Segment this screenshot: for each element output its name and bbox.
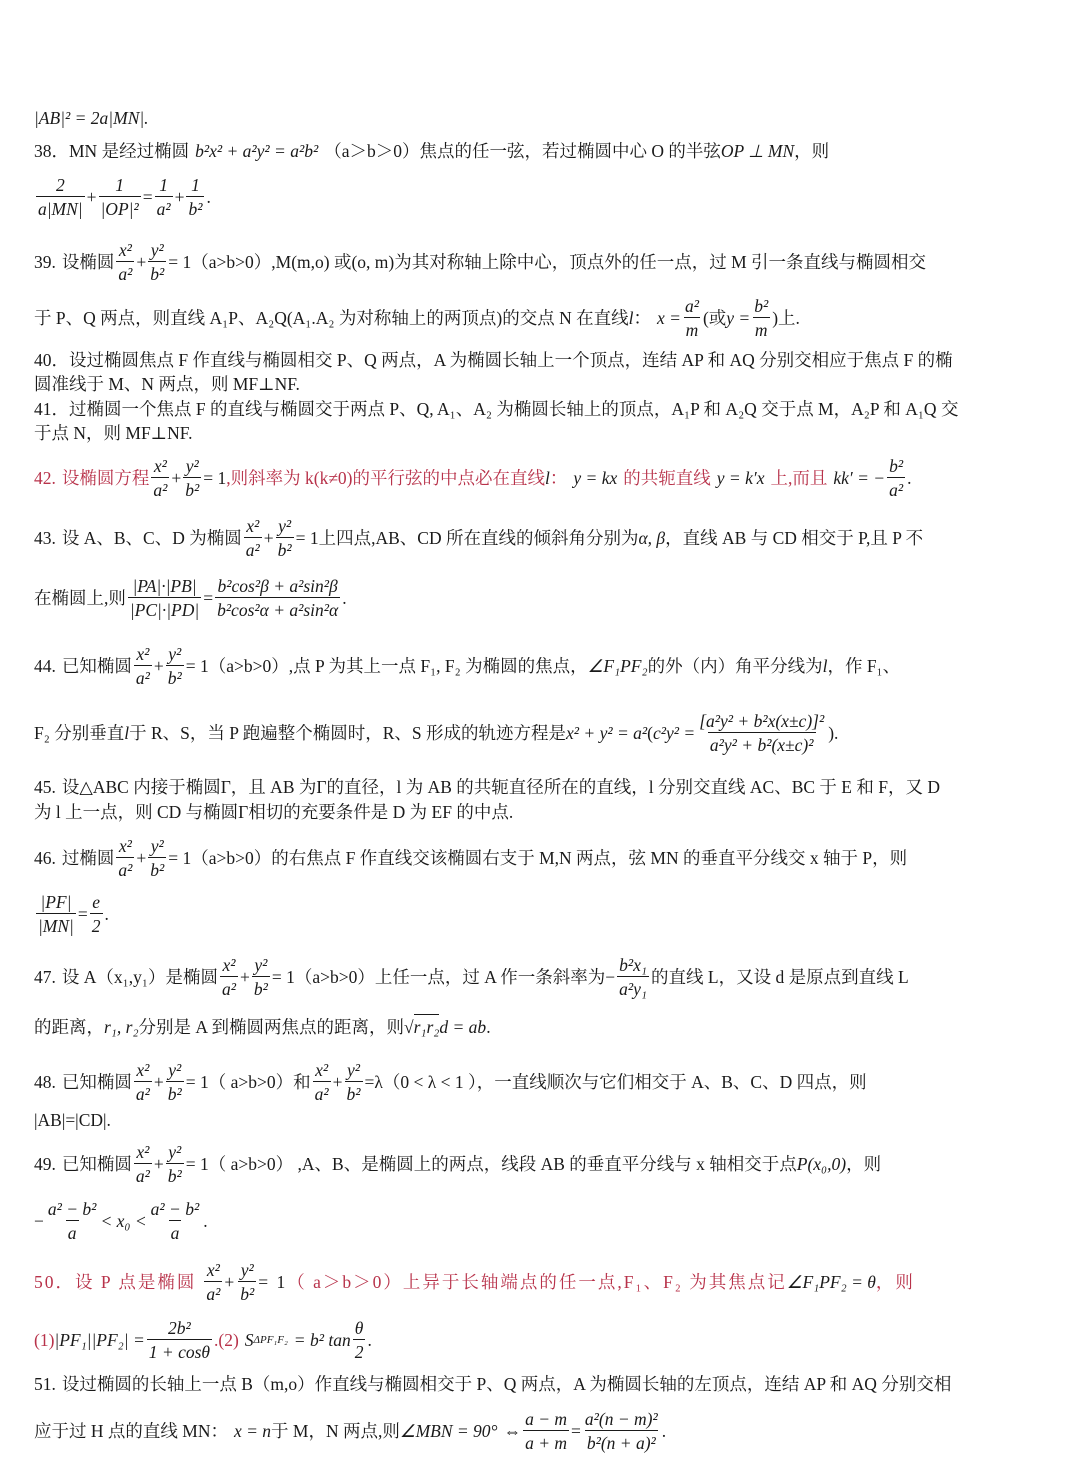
item-45-line-1: 45. 设△ABC 内接于椭圆Γ，且 AB 为Γ的直径，l 为 AB 的共轭直径… (34, 775, 1046, 799)
item-40-line-1: 40． 设过椭圆焦点 F 作直线与椭圆相交 P、Q 两点，A 为椭圆长轴上一个顶… (34, 348, 1046, 372)
fraction: a² − b²a (149, 1198, 202, 1245)
op: − (34, 1209, 44, 1233)
item-39-line-2: 于 P、Q 两点，则直线 A₁P、A₂Q(A₁.A₂ 为对称轴上的两顶点)的交点… (34, 292, 1046, 344)
item-number: 42. (34, 466, 56, 490)
op: = 1 (168, 846, 191, 870)
text: 的直线 L，又设 d 是原点到直线 L (651, 965, 909, 989)
text: 于 R、S，当 P 跑遍整个椭圆时，R、S 形成的轨迹方程是 (129, 721, 566, 745)
op: + (175, 185, 185, 209)
fraction: y²b² (148, 239, 166, 286)
op: . (907, 466, 911, 490)
formula: x² + y² = a² (566, 721, 647, 745)
fraction: y²b² (166, 643, 184, 690)
fraction: b²x₁a²y₁ (617, 954, 649, 1001)
fraction: a²(n − m)²b²(n + a)² (583, 1408, 660, 1455)
item-number: 47. (34, 965, 56, 989)
item-number: 51. (34, 1372, 56, 1396)
item-49-line-2: − a² − b²a < x₀ < a² − b²a . (34, 1194, 1046, 1248)
text: 已知椭圆 (62, 654, 132, 678)
text: 的共轭直线 (623, 466, 711, 490)
formula: ∠F₁PF₂ (588, 654, 648, 678)
text: 过椭圆一个焦点 F 的直线与椭圆交于两点 P、Q, A₁、A₂ 为椭圆长轴上的顶… (69, 397, 958, 421)
text: ，则 (794, 139, 829, 163)
text: .(2) (214, 1328, 239, 1352)
text: （ a>b>0） ,A、B、是椭圆上的两点，线段 AB 的垂直平分线与 x 轴相… (209, 1152, 797, 1176)
formula: b²x² + a²y² = a²b² (195, 139, 318, 163)
formula: = b² tan (294, 1328, 351, 1352)
text: λ（0 < λ < 1 ），一直线顺次与它们相交于 A、B、C、D 四点，则 (374, 1070, 866, 1094)
fraction: a² − b²a (46, 1198, 99, 1245)
item-38-line-1: 38． MN 是经过椭圆 b²x² + a²y² = a²b² （a＞b＞0）焦… (34, 139, 1046, 163)
op: + (87, 185, 97, 209)
item-number: 39. (34, 250, 56, 274)
text: 应于过 H 点的直线 MN： (34, 1419, 228, 1443)
op: = 1 (203, 466, 226, 490)
text: 设 A（x₁,y₁）是椭圆 (62, 965, 218, 989)
op: + (154, 1152, 164, 1176)
item-47-line-1: 47. 设 A（x₁,y₁）是椭圆 x²a² + y²b² = 1 （a>b>0… (34, 951, 1046, 1003)
fraction: x²a² (220, 954, 238, 1001)
item-number: 43. (34, 526, 56, 550)
formula: S (245, 1328, 254, 1352)
fraction: y²b² (183, 455, 201, 502)
text: 过椭圆 (62, 846, 115, 870)
op: . (105, 902, 109, 926)
op: = 1 (168, 250, 191, 274)
fraction: a²m (683, 295, 701, 342)
text: 为 l 上一点，则 CD 与椭圆Γ相切的充要条件是 D 为 EF 的中点. (34, 800, 513, 824)
item-number: 41． (34, 397, 69, 421)
text: （a>b>0）,M(m,o) 或(o, m)为其对称轴上除中心，顶点外的任一点，… (191, 250, 926, 274)
item-44-line-1: 44. 已知椭圆 x²a² + y²b² = 1 （a>b>0）,点 P 为其上… (34, 640, 1046, 692)
fraction: b²cos²β + a²sin²βb²cos²α + a²sin²α (215, 575, 340, 622)
text: 上四点,AB、CD 所在直线的倾斜角分别为 (319, 526, 639, 550)
text: 于 P、Q 两点，则直线 A₁P、A₂Q(A₁.A₂ 为对称轴上的两顶点)的交点… (34, 306, 629, 330)
text: ，作 F₁、 (827, 654, 900, 678)
item-number: 46. (34, 846, 56, 870)
fraction: y²b² (276, 515, 294, 562)
text: 上,而且 (770, 466, 827, 490)
formula: d = ab (439, 1015, 486, 1039)
formula: r₁, r₂ (104, 1015, 139, 1039)
formula: |PF₁||PF₂| = (54, 1328, 144, 1352)
text: （a>b>0）的右焦点 F 作直线交该椭圆右支于 M,N 两点，弦 MN 的垂直… (191, 846, 907, 870)
item-50-highlighted-line-1: 50． 设 P 点是椭圆 x²a² + y²b² = 1 （ a＞b＞0）上异于… (34, 1256, 1046, 1308)
fraction: 1|OP|² (99, 174, 141, 221)
fraction: y²b² (238, 1259, 256, 1306)
fraction: y²b² (148, 835, 166, 882)
op: . (486, 1015, 490, 1039)
text: 设△ABC 内接于椭圆Γ，且 AB 为Γ的直径，l 为 AB 的共轭直径所在的直… (62, 775, 940, 799)
fraction: x²a² (151, 455, 169, 502)
op: + (333, 1070, 343, 1094)
fraction: 2b²1 + cosθ (147, 1317, 212, 1364)
op: = 1 (258, 1270, 287, 1294)
text: (或 (703, 306, 726, 330)
text: 已知椭圆 (62, 1152, 132, 1176)
text: （ a＞b＞0）上异于长轴端点的任一点,F₁、F₂ 为其焦点记 (287, 1270, 787, 1294)
formula: ∠MBN = 90° (400, 1419, 498, 1443)
text: 设过椭圆焦点 F 作直线与椭圆相交 P、Q 两点，A 为椭圆长轴上一个顶点，连结… (69, 348, 953, 372)
text: ： (634, 306, 652, 330)
item-number: 38． (34, 139, 69, 163)
fraction: e2 (90, 891, 103, 938)
text: 于 M，N 两点,则 (271, 1419, 400, 1443)
formula: y = kx (573, 466, 617, 490)
op: = 1 (296, 526, 319, 550)
item-41-line-1: 41． 过椭圆一个焦点 F 的直线与椭圆交于两点 P、Q, A₁、A₂ 为椭圆长… (34, 397, 1046, 421)
op: = 1 (186, 654, 209, 678)
op: = 1 (272, 965, 295, 989)
item-44-line-2: F₂ 分别垂直 l 于 R、S，当 P 跑遍整个椭圆时，R、S 形成的轨迹方程是… (34, 700, 1046, 766)
fraction: 1a² (155, 174, 173, 221)
text: ，则 (846, 1152, 881, 1176)
item-48-line-2: |AB|=|CD|. (34, 1108, 1046, 1132)
item-39-line-1: 39. 设椭圆 x²a² + y²b² = 1 （a>b>0）,M(m,o) 或… (34, 236, 1046, 288)
text: 设椭圆 (62, 250, 115, 274)
fraction: y²b² (345, 1059, 363, 1106)
item-45-line-2: 为 l 上一点，则 CD 与椭圆Γ相切的充要条件是 D 为 EF 的中点. (34, 800, 1046, 824)
op: . (662, 1419, 666, 1443)
formula: r₁r₂ (414, 1014, 440, 1039)
text: （ a>b>0）和 (209, 1070, 311, 1094)
op: + (136, 846, 146, 870)
document-page: |AB|² = 2a|MN|. 38． MN 是经过椭圆 b²x² + a²y²… (0, 0, 1080, 1470)
formula: y = k′x (717, 466, 765, 490)
item-51-line-1: 51. 设过椭圆的长轴上一点 B（m,o）作直线与椭圆相交于 P、Q 两点，A … (34, 1372, 1046, 1396)
op: = (571, 1419, 581, 1443)
text: )上. (772, 306, 800, 330)
op: − (605, 965, 615, 989)
item-48-line-1: 48. 已知椭圆 x²a² + y²b² = 1 （ a>b>0）和 x²a² … (34, 1056, 1046, 1108)
fraction: θ2 (353, 1317, 366, 1364)
text: MN 是经过椭圆 (69, 139, 189, 163)
item-47-line-2: 的距离， r₁, r₂ 分别是 A 到椭圆两焦点的距离，则 √r₁r₂ d = … (34, 1014, 1046, 1039)
fraction: y²b² (252, 954, 270, 1001)
fraction: x²a² (116, 835, 134, 882)
item-43-line-2: 在椭圆上,则 |PA|·|PB||PC|·|PD| = b²cos²β + a²… (34, 570, 1046, 626)
op: = (78, 902, 88, 926)
item-42-highlighted: 42. 设椭圆方程 x²a² + y²b² = 1 ,则斜率为 k(k≠0)的平… (34, 452, 1046, 504)
text: 设过椭圆的长轴上一点 B（m,o）作直线与椭圆相交于 P、Q 两点，A 为椭圆长… (62, 1372, 951, 1396)
formula: x = (657, 306, 681, 330)
text: 设 A、B、C、D 为椭圆 (62, 526, 242, 550)
formula: kk′ = − (833, 466, 885, 490)
fraction: x²a² (134, 1059, 152, 1106)
item-50-line-2: (1) |PF₁||PF₂| = 2b²1 + cosθ .(2) SΔPF₁F… (34, 1314, 1046, 1366)
text: 分别是 A 到椭圆两焦点的距离，则 (139, 1015, 404, 1039)
fraction: b²m (752, 295, 770, 342)
iff-symbol: ⇔ (504, 1419, 522, 1443)
text: 已知椭圆 (62, 1070, 132, 1094)
text: ,则斜率为 k(k≠0)的平行弦的中点必在直线 (226, 466, 545, 490)
text: （a＞b＞0）焦点的任一弦，若过椭圆中心 O 的半弦 (324, 139, 721, 163)
op: = (365, 1070, 375, 1094)
text: （a>b>0）,点 P 为其上一点 F₁, F₂ 为椭圆的焦点， (209, 654, 588, 678)
text: 于点 N，则 MF⊥NF. (34, 421, 192, 445)
fraction: x²a² (116, 239, 134, 286)
text: F₂ 分别垂直 (34, 721, 124, 745)
formula: ∠F₁PF₂ = θ (787, 1270, 876, 1294)
item-46-line-1: 46. 过椭圆 x²a² + y²b² = 1 （a>b>0）的右焦点 F 作直… (34, 832, 1046, 884)
formula: < x₀ < (100, 1209, 146, 1233)
item-46-line-2: |PF||MN| = e2 . (34, 888, 1046, 940)
formula: c²y² = (653, 721, 695, 745)
op: . (367, 1328, 371, 1352)
op: + (264, 526, 274, 550)
formula: OP ⊥ MN (721, 139, 794, 163)
text: ，则 (876, 1270, 915, 1294)
fraction: 2a|MN| (36, 174, 85, 221)
item-number: 50． (34, 1270, 75, 1294)
op: = 1 (186, 1070, 209, 1094)
item-number: 44. (34, 654, 56, 678)
fraction: x²a² (134, 643, 152, 690)
formula: y = (726, 306, 750, 330)
item-38-line-2: 2a|MN| + 1|OP|² = 1a² + 1b² . (34, 170, 1046, 224)
item-51-line-2: 应于过 H 点的直线 MN： x = n 于 M，N 两点,则 ∠MBN = 9… (34, 1402, 1046, 1460)
fraction: x²a² (313, 1059, 331, 1106)
formula: |AB|² = 2a|MN|. (34, 106, 149, 130)
item-number: 40． (34, 348, 69, 372)
fraction: y²b² (166, 1059, 184, 1106)
item-43-line-1: 43. 设 A、B、C、D 为椭圆 x²a² + y²b² = 1 上四点,AB… (34, 512, 1046, 564)
fraction: y²b² (166, 1141, 184, 1188)
text: 的外（内）角平分线为 (648, 654, 823, 678)
fraction: x²a² (244, 515, 262, 562)
text: （a>b>0）上任一点，过 A 作一条斜率为 (295, 965, 605, 989)
text: 设椭圆方程 (62, 466, 150, 490)
op: = (203, 586, 213, 610)
text: ). (828, 721, 838, 745)
fraction: 1b² (186, 174, 204, 221)
text: 设 P 点是椭圆 (75, 1270, 196, 1294)
fraction: b²a² (887, 455, 905, 502)
sqrt-symbol: √ (404, 1015, 414, 1039)
fraction: a − ma + m (523, 1408, 569, 1455)
op: . (342, 586, 346, 610)
text: 圆准线于 M、N 两点，则 MF⊥NF. (34, 372, 300, 396)
item-49-line-1: 49. 已知椭圆 x²a² + y²b² = 1 （ a>b>0） ,A、B、是… (34, 1138, 1046, 1190)
op: + (240, 965, 250, 989)
fraction: [a²y² + b²x(x±c)]²a²y² + b²(x±c)² (697, 710, 826, 757)
fraction: |PA|·|PB||PC|·|PD| (128, 575, 201, 622)
op: = 1 (186, 1152, 209, 1176)
item-41-line-2: 于点 N，则 MF⊥NF. (34, 421, 1046, 445)
item-number: 48. (34, 1070, 56, 1094)
fraction: x²a² (134, 1141, 152, 1188)
op: + (154, 654, 164, 678)
formula: α, β (639, 526, 666, 550)
op: + (224, 1270, 236, 1294)
op: = (143, 185, 153, 209)
text: (1) (34, 1328, 54, 1352)
item-number: 45. (34, 775, 56, 799)
text: |AB|=|CD|. (34, 1108, 111, 1132)
formula: x = n (234, 1419, 271, 1443)
item-40-line-2: 圆准线于 M、N 两点，则 MF⊥NF. (34, 372, 1046, 396)
item-number: 49. (34, 1152, 56, 1176)
op: + (154, 1070, 164, 1094)
op: . (203, 1209, 207, 1233)
text: 的距离， (34, 1015, 104, 1039)
text: ： (550, 466, 568, 490)
fraction: x²a² (204, 1259, 222, 1306)
op: + (136, 250, 146, 274)
fraction: |PF||MN| (36, 891, 76, 938)
op: + (171, 466, 181, 490)
item-37-tail: |AB|² = 2a|MN|. (34, 106, 1046, 130)
text: ，直线 AB 与 CD 相交于 P,且 P 不 (665, 526, 923, 550)
formula: P(x₀,0) (797, 1152, 846, 1176)
op: . (206, 185, 210, 209)
text: 在椭圆上,则 (34, 586, 126, 610)
